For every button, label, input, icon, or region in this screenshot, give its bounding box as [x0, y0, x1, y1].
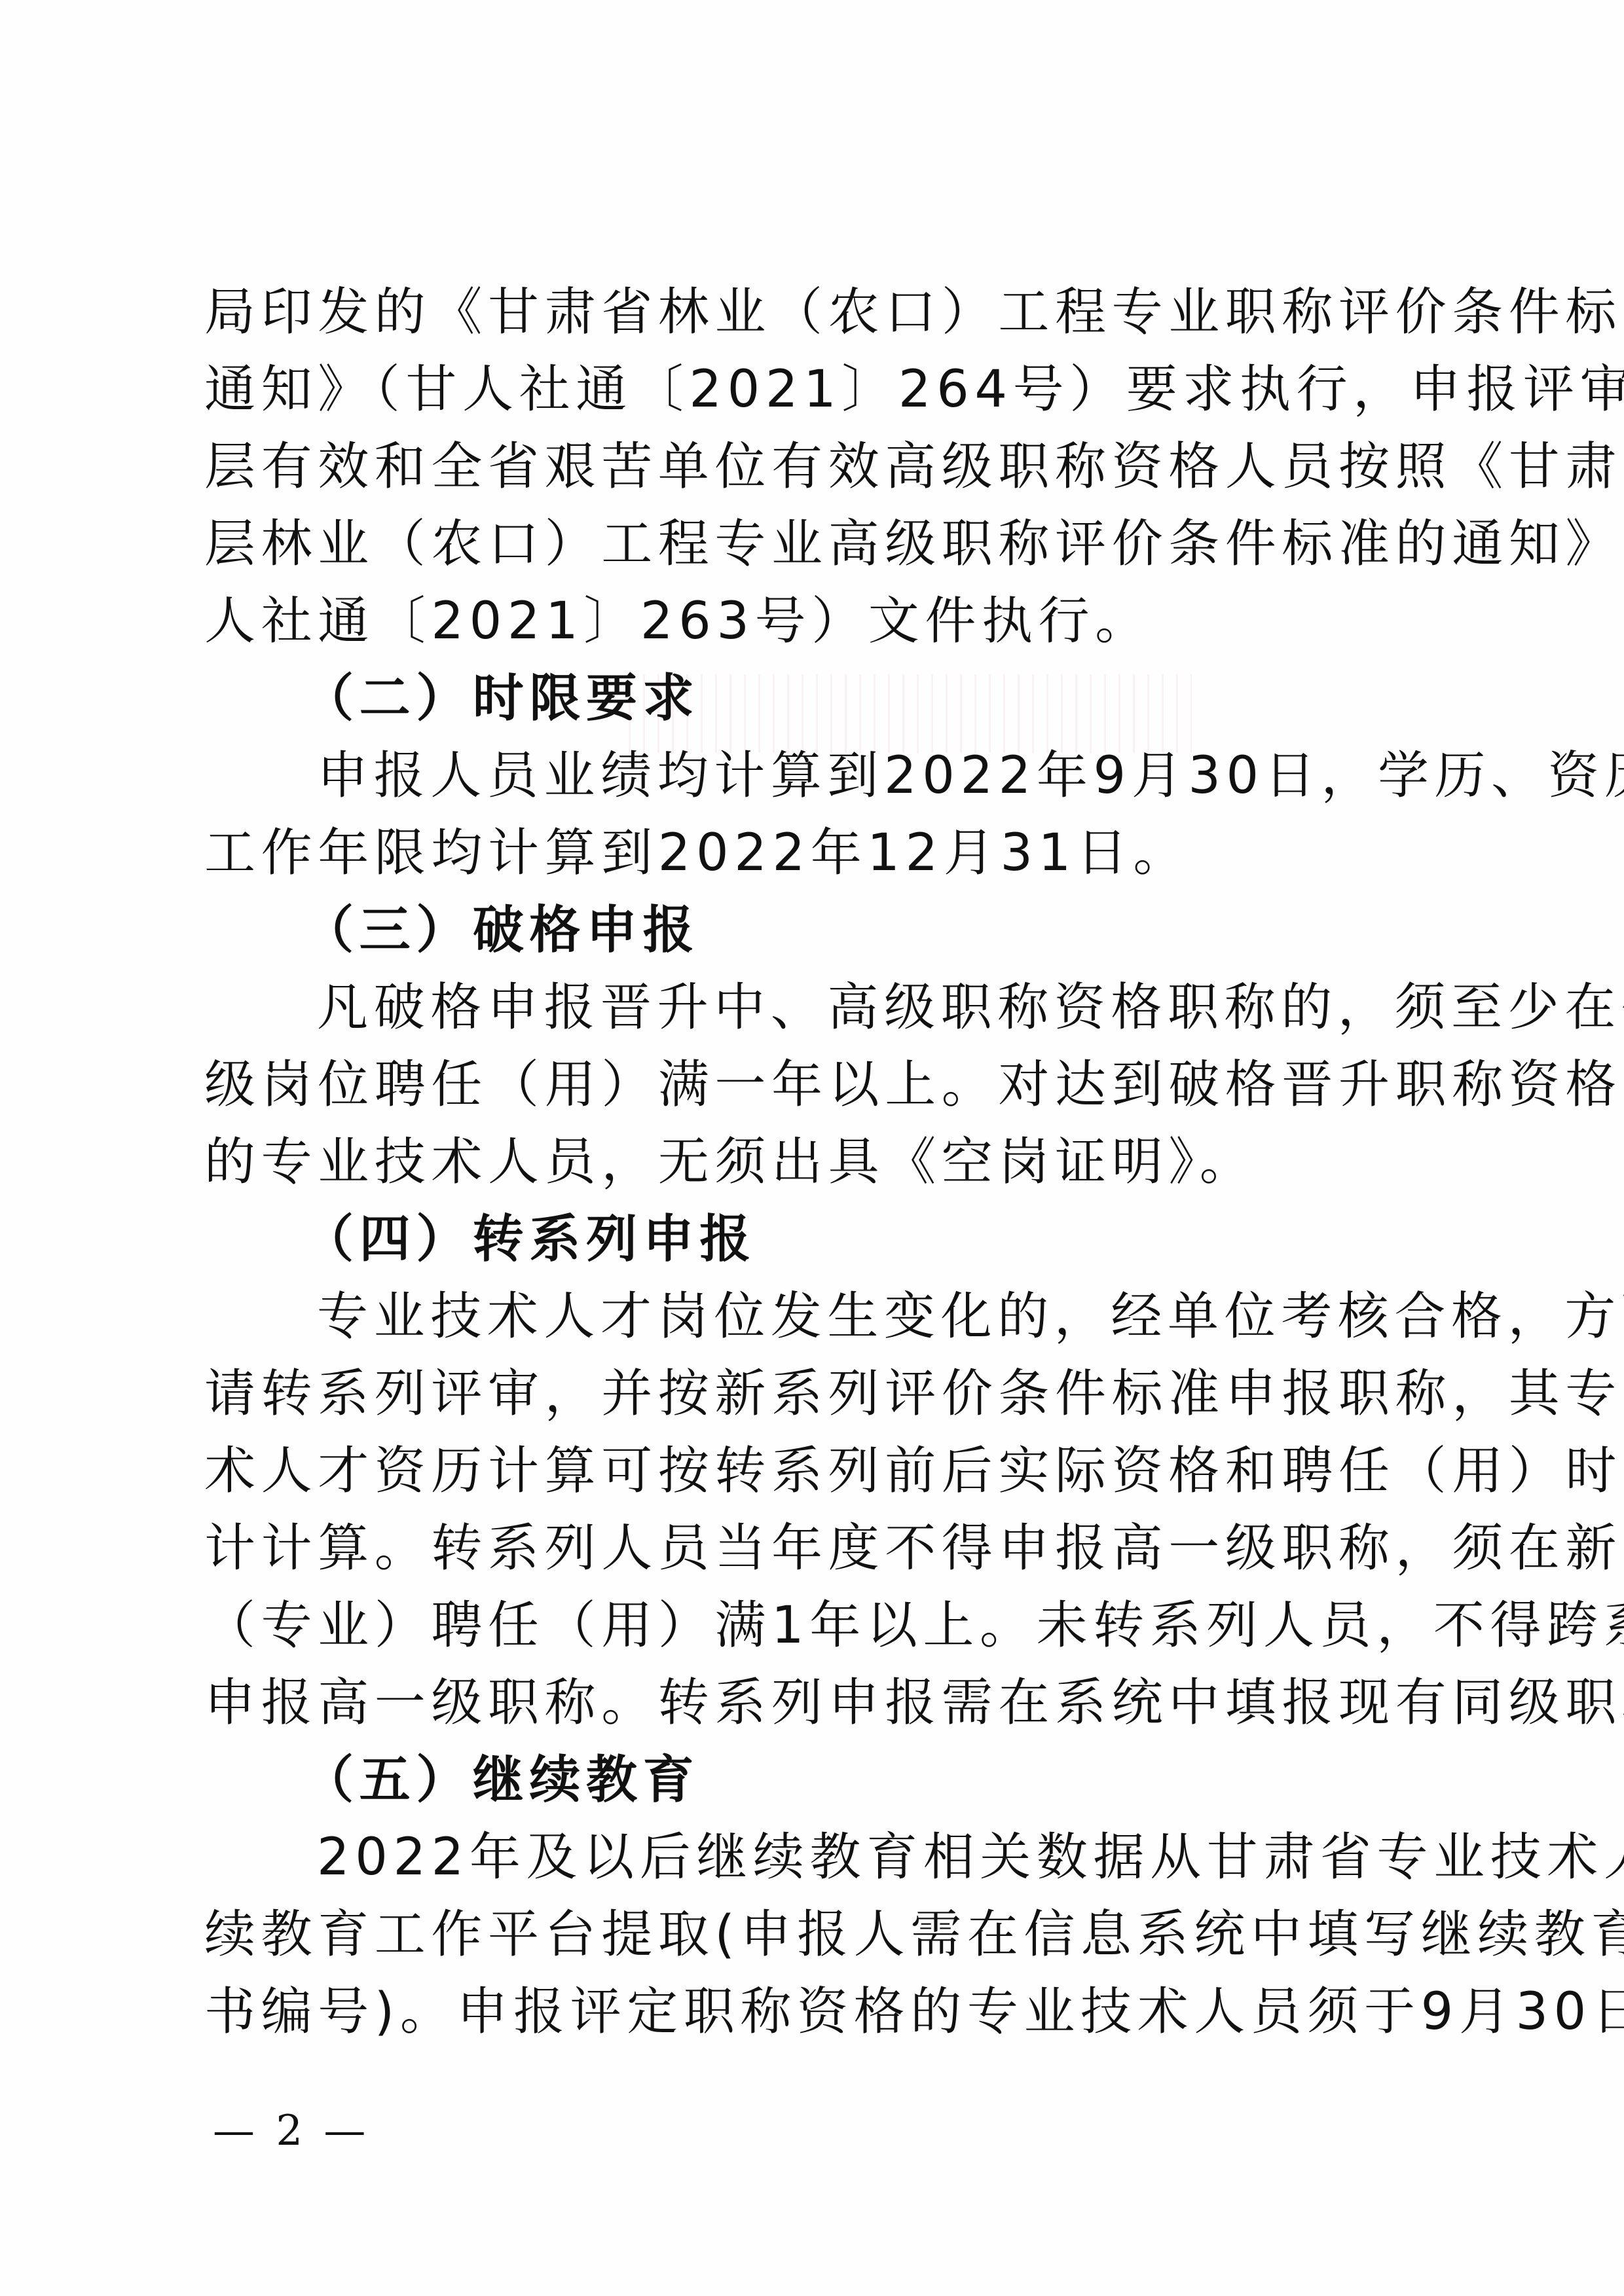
body-line: 级岗位聘任（用）满一年以上。对达到破格晋升职称资格条件: [204, 1046, 1403, 1123]
section-heading-series-transfer: （四）转系列申报: [204, 1201, 1403, 1278]
body-line: 工作年限均计算到2022年12月31日。: [204, 814, 1403, 892]
body-line: 人社通〔2021〕263号）文件执行。: [204, 583, 1403, 660]
body-line: 的专业技术人员，无须出具《空岗证明》。: [204, 1123, 1403, 1201]
document-body: 局印发的《甘肃省林业（农口）工程专业职称评价条件标准的 通知》（甘人社通〔202…: [204, 274, 1403, 2050]
document-page: 局印发的《甘肃省林业（农口）工程专业职称评价条件标准的 通知》（甘人社通〔202…: [0, 0, 1624, 2296]
body-line: 申报人员业绩均计算到2022年9月30日，学历、资历、: [204, 737, 1403, 814]
body-line: （专业）聘任（用）满1年以上。未转系列人员，不得跨系列: [204, 1587, 1403, 1664]
body-line: 请转系列评审，并按新系列评价条件标准申报职称，其专业技: [204, 1355, 1403, 1432]
body-line: 术人才资历计算可按转系列前后实际资格和聘任（用）时间累: [204, 1432, 1403, 1510]
section-heading-continuing-education: （五）继续教育: [204, 1741, 1403, 1819]
body-line: 续教育工作平台提取(申报人需在信息系统中填写继续教育证: [204, 1896, 1403, 1973]
body-line: 通知》（甘人社通〔2021〕264号）要求执行，申报评审全省基: [204, 351, 1403, 428]
body-line: 书编号)。申报评定职称资格的专业技术人员须于9月30日前: [204, 1973, 1403, 2050]
body-line: 局印发的《甘肃省林业（农口）工程专业职称评价条件标准的: [204, 274, 1403, 351]
body-line: 专业技术人才岗位发生变化的，经单位考核合格，方可申: [204, 1278, 1403, 1355]
page-number: — 2 —: [213, 2105, 369, 2157]
body-line: 层有效和全省艰苦单位有效高级职称资格人员按照《甘肃省基: [204, 428, 1403, 505]
body-line: 2022年及以后继续教育相关数据从甘肃省专业技术人员继: [204, 1819, 1403, 1896]
section-heading-time-limit: （二）时限要求: [204, 660, 1403, 737]
section-heading-exceptional-application: （三）破格申报: [204, 892, 1403, 969]
body-line: 层林业（农口）工程专业高级职称评价条件标准的通知》（甘: [204, 505, 1403, 583]
body-line: 申报高一级职称。转系列申报需在系统中填报现有同级职称。: [204, 1664, 1403, 1741]
body-line: 计计算。转系列人员当年度不得申报高一级职称，须在新系列: [204, 1510, 1403, 1587]
body-line: 凡破格申报晋升中、高级职称资格职称的，须至少在低一: [204, 969, 1403, 1046]
